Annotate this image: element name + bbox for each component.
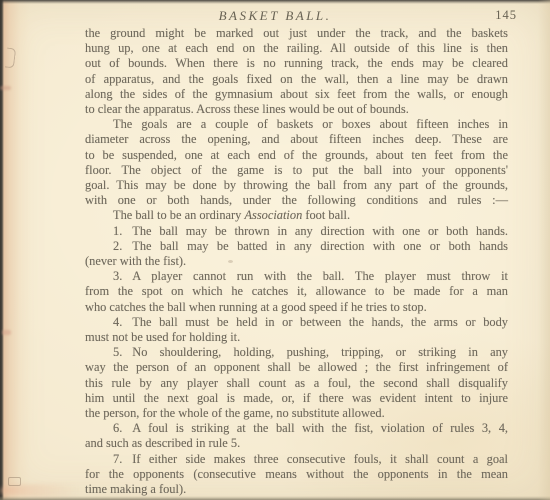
- text-line: of apparatus, and the goals fixed on the…: [85, 72, 508, 87]
- para-goals: The goals are a couple of baskets or box…: [85, 117, 508, 208]
- rule-2: 2.The ball may be batted in any directio…: [85, 239, 508, 269]
- scan-edge-right: [538, 0, 550, 500]
- text-body: the ground might be marked out just unde…: [85, 26, 508, 497]
- text-line: diameter across the opening, and about f…: [85, 132, 508, 147]
- rule-number: 1.: [113, 224, 132, 238]
- text-line: from the spot on which he catches it, al…: [85, 284, 508, 299]
- text-line: the person, for the whole of the game, n…: [85, 406, 508, 421]
- rule-number: 4.: [113, 315, 132, 329]
- rule-number: 6.: [113, 421, 132, 435]
- rule-3: 3.A player cannot run with the ball. The…: [85, 269, 508, 315]
- text-line: 6.A foul is striking at the ball with th…: [85, 421, 508, 436]
- italic-word: Association: [244, 208, 302, 222]
- rule-1: 1.The ball may be thrown in any directio…: [85, 224, 508, 239]
- text-line: hung up, one at each end on the railing.…: [85, 41, 508, 56]
- scan-edge-left: [0, 0, 36, 500]
- text-line: to be suspended, one at each end of the …: [85, 148, 508, 163]
- text-line: must not be used for holding it.: [85, 330, 508, 345]
- scan-edge-top: [0, 0, 550, 4]
- pink-stain-bottom-left: [0, 484, 95, 497]
- text-line: (never with the fist).: [85, 254, 508, 269]
- running-title: BASKET BALL.: [0, 8, 550, 24]
- text-line: The goals are a couple of baskets or box…: [85, 117, 508, 132]
- text-line: him until the next goal is made, or, if …: [85, 391, 508, 406]
- line-association-ball: The ball to be an ordinary Association f…: [85, 208, 508, 223]
- text-line: out of bounds. When there is no running …: [85, 56, 508, 71]
- text-line: floor. The object of the game is to put …: [85, 163, 508, 178]
- text-segment: The ball to be an ordinary: [113, 208, 244, 222]
- text-line: 2.The ball may be batted in any directio…: [85, 239, 508, 254]
- text-line: to clear the apparatus. Across these lin…: [85, 102, 508, 117]
- text-line: 4.The ball must be held in or between th…: [85, 315, 508, 330]
- text-line: 5.No shouldering, holding, pushing, trip…: [85, 345, 508, 360]
- rule-7: 7.If either side makes three consecutive…: [85, 452, 508, 498]
- rule-number: 7.: [113, 452, 132, 466]
- text-line: the ground might be marked out just unde…: [85, 26, 508, 41]
- text-line: goal. This may be done by throwing the b…: [85, 178, 508, 193]
- text-line: for the opponents (consecutive means wit…: [85, 467, 508, 482]
- rule-number: 5.: [113, 345, 132, 359]
- book-page: BASKET BALL. 145 the ground might be mar…: [0, 0, 550, 500]
- text-line: The ball to be an ordinary Association f…: [85, 208, 508, 223]
- text-line: along the sides of the gymnasium about s…: [85, 87, 508, 102]
- text-line: who catches the ball when running at a g…: [85, 300, 508, 315]
- text-line: this rule by any player shall count as a…: [85, 376, 508, 391]
- binding-staple-mark: [8, 477, 21, 486]
- text-line: way the person of an opponent shall be a…: [85, 360, 508, 375]
- edge-smudge-mid: [2, 330, 11, 335]
- rule-6: 6.A foul is striking at the ball with th…: [85, 421, 508, 451]
- text-line: 3.A player cannot run with the ball. The…: [85, 269, 508, 284]
- rule-5: 5.No shouldering, holding, pushing, trip…: [85, 345, 508, 421]
- text-line: 7.If either side makes three consecutive…: [85, 452, 508, 467]
- para-running-track: the ground might be marked out just unde…: [85, 26, 508, 117]
- text-line: time making a foul).: [85, 482, 508, 497]
- page-number: 145: [495, 8, 517, 23]
- rule-4: 4.The ball must be held in or between th…: [85, 315, 508, 345]
- text-line: and such as described in rule 5.: [85, 436, 508, 451]
- edge-smudge-upper: [0, 86, 11, 90]
- text-segment: foot ball.: [302, 208, 350, 222]
- text-line: 1.The ball may be thrown in any directio…: [85, 224, 508, 239]
- binding-wire-mark: [5, 48, 16, 69]
- rule-number: 3.: [113, 269, 132, 283]
- text-line: with one or both hands, under the follow…: [85, 193, 508, 208]
- rule-number: 2.: [113, 239, 132, 253]
